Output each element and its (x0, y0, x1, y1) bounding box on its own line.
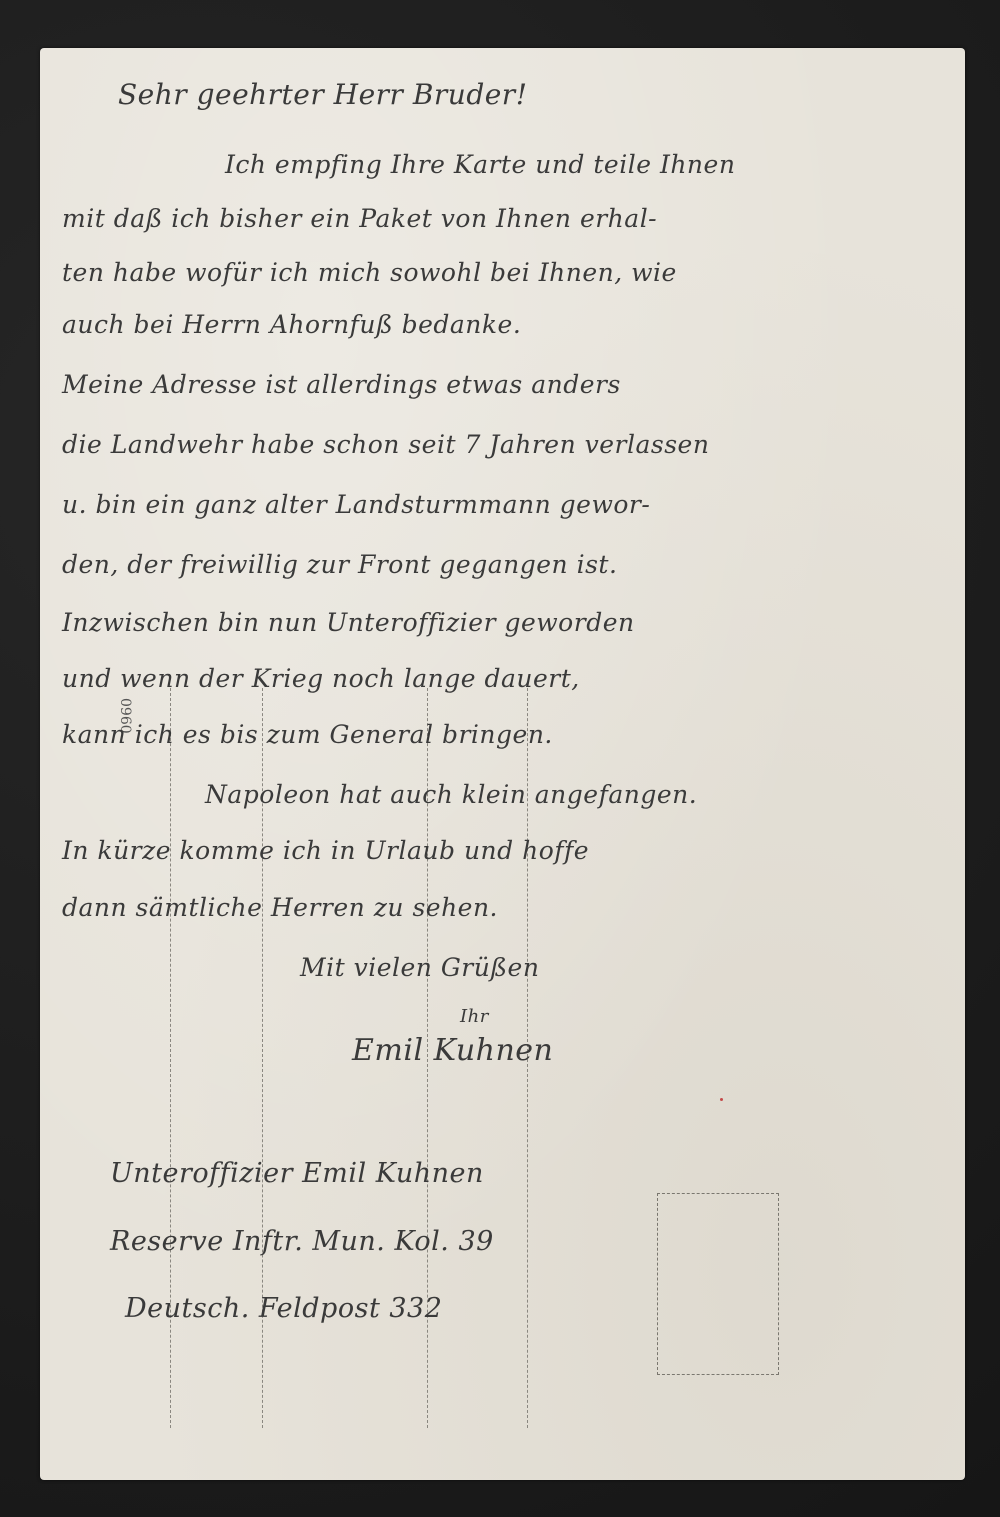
message-line: auch bei Herrn Ahornfuß bedanke. (62, 310, 521, 339)
message-line: u. bin ein ganz alter Landsturmmann gewo… (62, 490, 650, 519)
message-line: und wenn der Krieg noch lange dauert, (62, 664, 580, 693)
message-line: In kürze komme ich in Urlaub und hoffe (62, 836, 589, 865)
address-line-rank-name: Unteroffizier Emil Kuhnen (110, 1158, 484, 1189)
message-line: Inzwischen bin nun Unteroffizier geworde… (62, 608, 635, 637)
address-line-feldpost: Deutsch. Feldpost 332 (125, 1293, 442, 1324)
stamp-placeholder (657, 1193, 779, 1375)
message-line: Meine Adresse ist allerdings etwas ander… (62, 370, 621, 399)
message-line: mit daß ich bisher ein Paket von Ihnen e… (62, 204, 657, 233)
ink-spot (720, 1098, 723, 1101)
message-line: den, der freiwillig zur Front gegangen i… (62, 550, 617, 579)
postcard-back: 0960 Sehr geehrter Herr Bruder! Ich empf… (40, 48, 965, 1480)
message-line: Napoleon hat auch klein angefangen. (205, 780, 697, 809)
closing: Mit vielen Grüßen (300, 953, 539, 982)
message-line: die Landwehr habe schon seit 7 Jahren ve… (62, 430, 709, 459)
message-line: Ich empfing Ihre Karte und teile Ihnen (225, 150, 735, 179)
address-line-unit: Reserve Inftr. Mun. Kol. 39 (110, 1226, 494, 1257)
salutation: Sehr geehrter Herr Bruder! (118, 78, 527, 111)
message-line: kann ich es bis zum General bringen. (62, 720, 553, 749)
message-line: dann sämtliche Herren zu sehen. (62, 893, 498, 922)
message-line: ten habe wofür ich mich sowohl bei Ihnen… (62, 258, 677, 287)
signature: Emil Kuhnen (352, 1033, 553, 1068)
signature-prefix: Ihr (460, 1006, 489, 1027)
